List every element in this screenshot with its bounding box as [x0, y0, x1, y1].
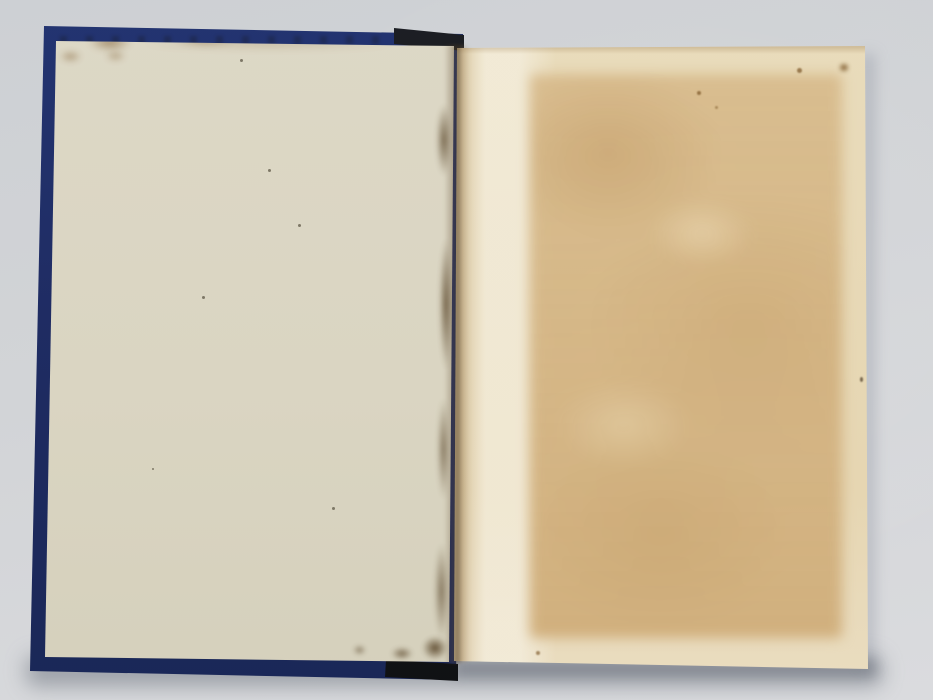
- paper-speck: [298, 224, 301, 227]
- foxing-spot: [797, 68, 802, 73]
- paper-speck: [152, 468, 154, 470]
- bottom-edge-stain: [391, 647, 413, 660]
- paper-speck: [240, 59, 243, 62]
- brown-stain: [105, 50, 126, 62]
- foxing-spot: [715, 106, 718, 109]
- paper-speck: [268, 169, 271, 172]
- fore-edge-nick: [860, 377, 863, 382]
- photo-open-book: An antique hardcover book lies open on a…: [0, 0, 933, 700]
- bottom-edge-stain: [353, 645, 366, 655]
- foxing-spot: [697, 91, 701, 95]
- age-toned-rectangle: [530, 74, 842, 638]
- foxing-spot: [536, 651, 540, 655]
- foxing-spot: [840, 64, 848, 71]
- brown-stain: [59, 50, 82, 63]
- paper-speck: [202, 296, 205, 299]
- gutter-crease-shadow: [444, 45, 470, 663]
- paper-speck: [332, 507, 335, 510]
